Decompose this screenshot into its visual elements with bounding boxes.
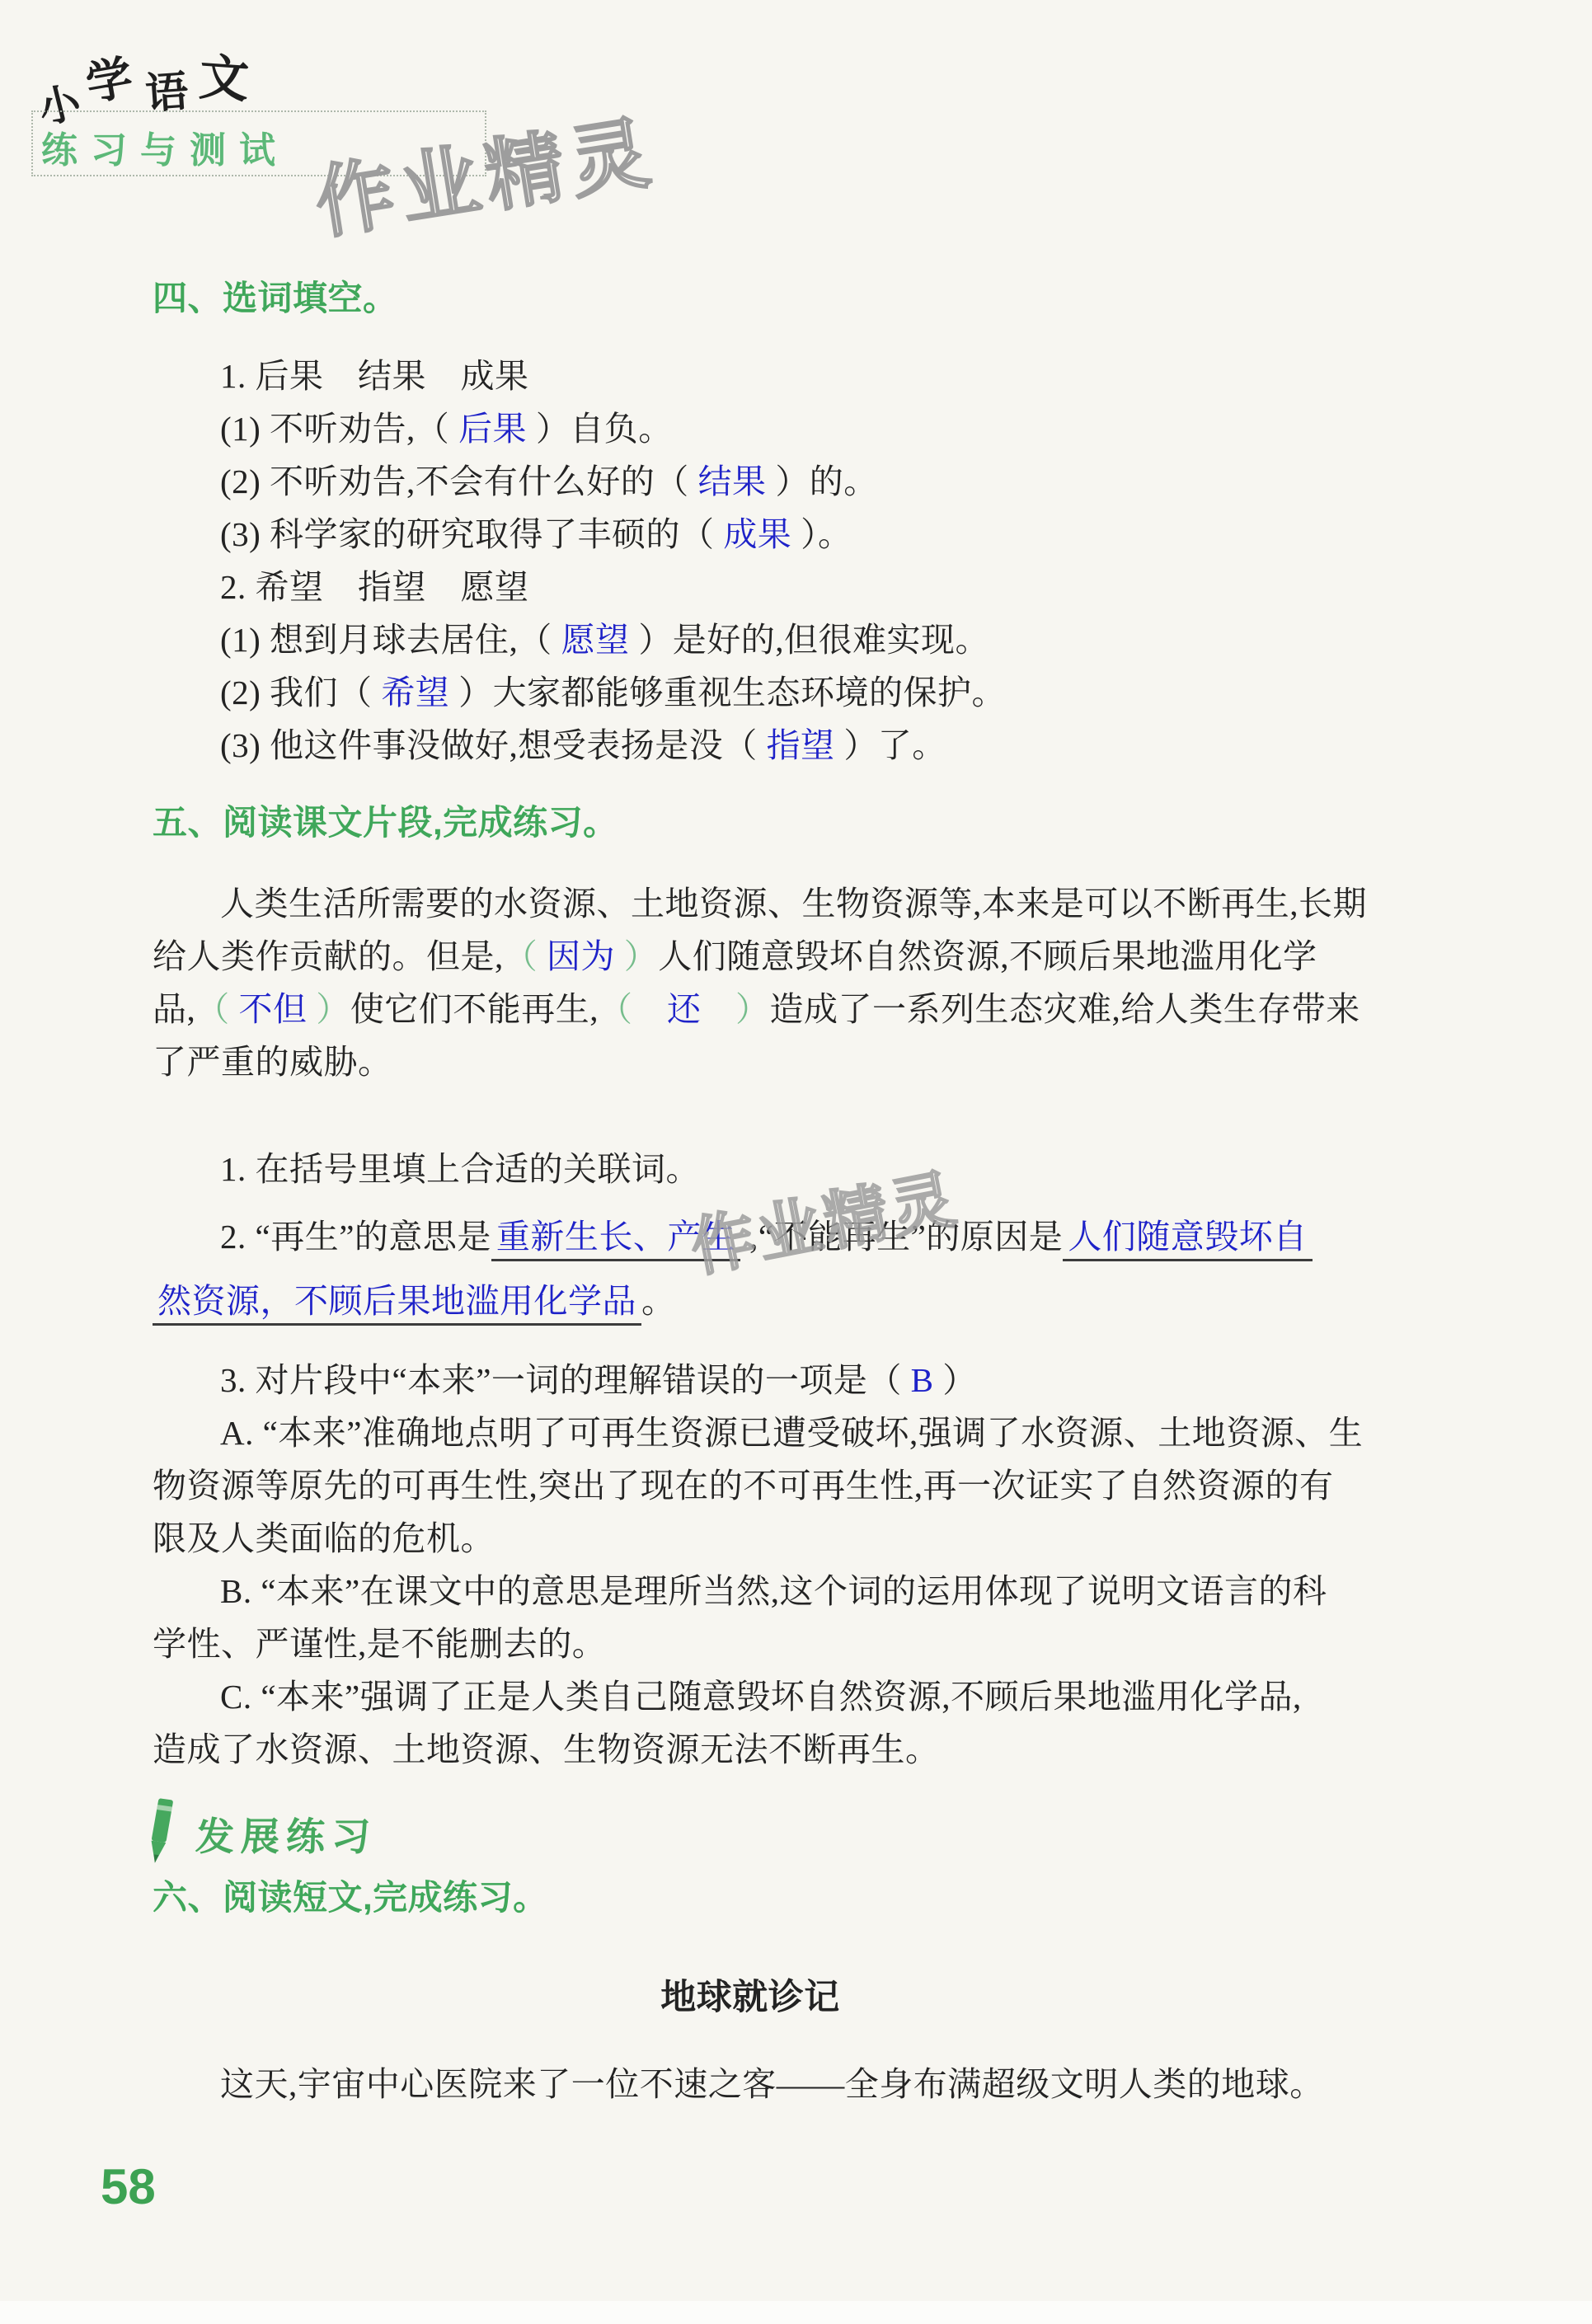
- question-line: 3. 对片段中“本来”一词的理解错误的一项是（ B ）: [153, 1354, 1538, 1406]
- option-line: 限及人类面临的危机。: [153, 1512, 1538, 1565]
- exercise-item: (1) 不听劝告,（ 后果 ）自负。: [153, 402, 1538, 455]
- passage-line: 品,（ 不但 ）使它们不能再生,（ 还 ）造成了一系列生态灾难,给人类生存带来: [153, 983, 1538, 1035]
- exercise-item: (3) 科学家的研究取得了丰硕的（ 成果 ）。: [153, 508, 1538, 561]
- page-content: 四、选词填空。 1. 后果 结果 成果 (1) 不听劝告,（ 后果 ）自负。 (…: [153, 272, 1538, 2110]
- exercise-item: (3) 他这件事没做好,想受表扬是没（ 指望 ）了。: [153, 719, 1538, 772]
- section-5-header: 五、阅读课文片段,完成练习。: [153, 796, 1538, 849]
- exercise-item: (1) 想到月球去居住,（ 愿望 ）是好的,但很难实现。: [153, 613, 1538, 666]
- exercise-item: (2) 不听劝告,不会有什么好的（ 结果 ）的。: [153, 455, 1538, 508]
- option-line: 学性、严谨性,是不能删去的。: [153, 1617, 1538, 1670]
- story-title: 地球就诊记: [153, 1972, 1348, 2025]
- story-paragraph: 这天,宇宙中心医院来了一位不速之客——全身布满超级文明人类的地球。: [153, 2058, 1538, 2110]
- word-bank: 2. 希望 指望 愿望: [153, 561, 1538, 613]
- develop-practice-label: 发展练习: [195, 1815, 378, 1858]
- section-6-header: 六、阅读短文,完成练习。: [153, 1871, 1538, 1924]
- option-line: A. “本来”准确地点明了可再生资源已遭受破坏,强调了水资源、土地资源、生: [153, 1406, 1538, 1459]
- option-line: C. “本来”强调了正是人类自己随意毁坏自然资源,不顾后果地滥用化学品,: [153, 1670, 1538, 1723]
- section-4-header: 四、选词填空。: [153, 272, 1538, 325]
- logo-subtitle: 练习与测试: [41, 120, 289, 173]
- passage-line: 人类生活所需要的水资源、土地资源、生物资源等,本来是可以不断再生,长期: [153, 877, 1538, 930]
- option-line: B. “本来”在课文中的意思是理所当然,这个词的运用体现了说明文语言的科: [153, 1565, 1538, 1617]
- passage-line: 了严重的威胁。: [153, 1035, 1538, 1088]
- question-line: 2. “再生”的意思是重新生长、产生 ,“不能再生”的原因是人们随意毁坏自: [153, 1210, 1538, 1263]
- option-line: 造成了水资源、土地资源、生物资源无法不断再生。: [153, 1723, 1538, 1776]
- logo-subtitle-box: 练习与测试: [31, 110, 486, 176]
- question-line: 1. 在括号里填上合适的关联词。: [153, 1143, 1538, 1195]
- logo-char: 文: [197, 38, 251, 112]
- develop-practice-banner: 发展练习: [152, 1807, 1539, 1866]
- option-line: 物资源等原先的可再生性,突出了现在的不可再生性,再一次证实了自然资源的有: [153, 1459, 1538, 1512]
- scan-edge: [0, 2301, 1592, 2324]
- exercise-item: (2) 我们（ 希望 ）大家都能够重视生态环境的保护。: [153, 666, 1538, 719]
- answer-line: 然资源，不顾后果地滥用化学品。: [153, 1275, 1538, 1327]
- passage-line: 给人类作贡献的。但是,（ 因为 ）人们随意毁坏自然资源,不顾后果地滥用化学: [153, 930, 1538, 983]
- book-logo: 小 学 语 文 练习与测试: [31, 35, 510, 183]
- page-number: 58: [101, 2158, 156, 2215]
- pencil-icon: [139, 1794, 180, 1873]
- word-bank: 1. 后果 结果 成果: [153, 350, 1538, 402]
- logo-char: 学: [80, 41, 137, 115]
- workbook-page: 小 学 语 文 练习与测试 作业精灵 作业精灵 四、选词填空。 1. 后果 结果…: [0, 0, 1592, 2324]
